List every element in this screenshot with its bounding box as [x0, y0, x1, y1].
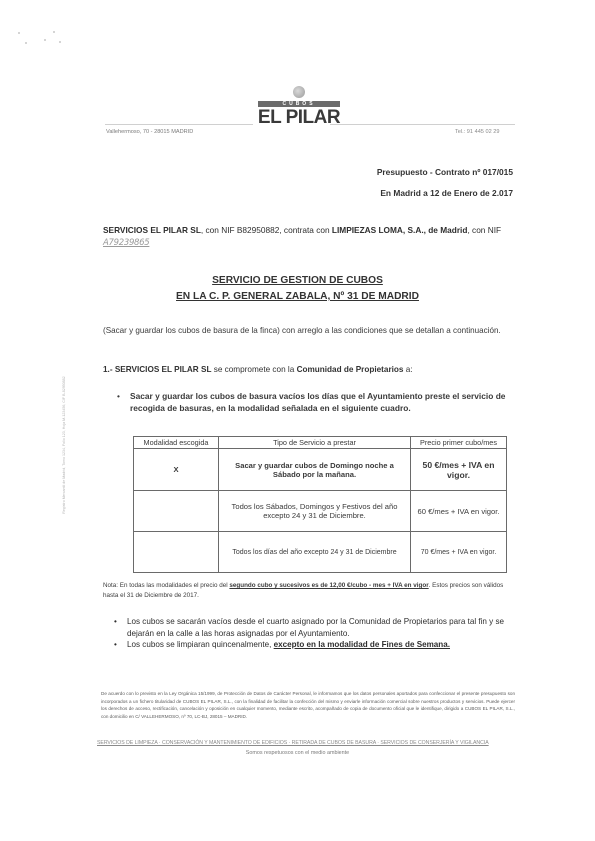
contract-number: Presupuesto - Contrato nº 017/015 — [377, 167, 513, 177]
client-name: LIMPIEZAS LOMA, S.A., de Madrid — [332, 225, 468, 235]
intro-text-1: , con NIF B82950882, contrata con — [201, 225, 332, 235]
selected-mark — [134, 491, 219, 532]
main-obligation-text: Sacar y guardar los cubos de basura vací… — [130, 391, 505, 413]
intro-paragraph: SERVICIOS EL PILAR SL, con NIF B82950882… — [103, 224, 513, 249]
section-party: Comunidad de Propietarios — [297, 365, 404, 374]
data-protection-notice: De acuerdo con lo previsto en la Ley Org… — [101, 690, 515, 720]
note-highlight: segundo cubo y sucesivos es de 12,00 €/c… — [229, 582, 428, 589]
registry-side-text: Registro Mercantil de Madrid, Tomo 1234,… — [62, 376, 66, 513]
company-phone: Tel.: 91 445 02 29 — [455, 129, 499, 135]
provider-name: SERVICIOS EL PILAR SL — [103, 225, 201, 235]
table-row: Todos los Sábados, Domingos y Festivos d… — [134, 491, 507, 532]
company-logo: CUBOS EL PILAR — [254, 86, 344, 127]
service-price: 50 €/mes + IVA en vigor. — [411, 449, 507, 491]
globe-icon — [293, 86, 305, 98]
scope-paragraph: (Sacar y guardar los cubos de basura de … — [103, 325, 513, 337]
main-obligation: • Sacar y guardar los cubos de basura va… — [130, 390, 515, 414]
list-item: • Los cubos se sacarán vacíos desde el c… — [127, 616, 517, 639]
service-price: 60 €/mes + IVA en vigor. — [411, 491, 507, 532]
section-number: 1.- — [103, 365, 115, 374]
bullet-icon: • — [117, 390, 120, 402]
condition-text: Los cubos se limpiaran quincenalmente, — [127, 640, 274, 649]
list-item: • Los cubos se limpiaran quincenalmente,… — [127, 639, 517, 651]
section-1-heading: 1.- SERVICIOS EL PILAR SL se compromete … — [103, 365, 413, 374]
selected-mark: X — [134, 449, 219, 491]
service-description: Todos los Sábados, Domingos y Festivos d… — [219, 491, 411, 532]
selected-mark — [134, 532, 219, 573]
service-modality-table: Modalidad escogida Tipo de Servicio a pr… — [133, 436, 507, 573]
footer-tagline: Somos respetuosos con el medio ambiente — [0, 750, 595, 756]
footer-services: SERVICIOS DE LIMPIEZA · CONSERVACIÓN Y M… — [97, 740, 517, 746]
intro-text-2: , con NIF — [467, 225, 501, 235]
service-description: Sacar y guardar cubos de Domingo noche a… — [219, 449, 411, 491]
table-header-row: Modalidad escogida Tipo de Servicio a pr… — [134, 437, 507, 449]
bullet-icon: • — [114, 639, 117, 651]
header-rule-right — [330, 124, 515, 125]
conditions-list: • Los cubos se sacarán vacíos desde el c… — [127, 616, 517, 651]
note-prefix: Nota: En todas las modalidades el precio… — [103, 582, 229, 589]
service-price: 70 €/mes + IVA en vigor. — [411, 532, 507, 573]
document-title-line-2: EN LA C. P. GENERAL ZABALA, Nº 31 DE MAD… — [0, 291, 595, 302]
document-title-line-1: SERVICIO DE GESTION DE CUBOS — [0, 275, 595, 286]
header-rule-left — [105, 124, 253, 125]
condition-highlight: excepto en la modalidad de Fines de Sema… — [274, 640, 450, 649]
document-date: En Madrid a 12 de Enero de 2.017 — [380, 188, 513, 198]
header-service-type: Tipo de Servicio a prestar — [219, 437, 411, 449]
bullet-icon: • — [114, 616, 117, 628]
table-row: X Sacar y guardar cubos de Domingo noche… — [134, 449, 507, 491]
header-price: Precio primer cubo/mes — [411, 437, 507, 449]
section-end: a: — [403, 365, 412, 374]
section-middle: se compromete con la — [211, 365, 296, 374]
section-provider: SERVICIOS EL PILAR SL — [115, 365, 212, 374]
pricing-note: Nota: En todas las modalidades el precio… — [103, 581, 513, 601]
service-description: Todos los días del año excepto 24 y 31 d… — [219, 532, 411, 573]
condition-text: Los cubos se sacarán vacíos desde el cua… — [127, 617, 504, 638]
table-row: Todos los días del año excepto 24 y 31 d… — [134, 532, 507, 573]
client-nif-handwritten: A79239865 — [103, 238, 149, 248]
header-modality: Modalidad escogida — [134, 437, 219, 449]
company-address: Vallehermoso, 70 - 28015 MADRID — [106, 129, 193, 135]
